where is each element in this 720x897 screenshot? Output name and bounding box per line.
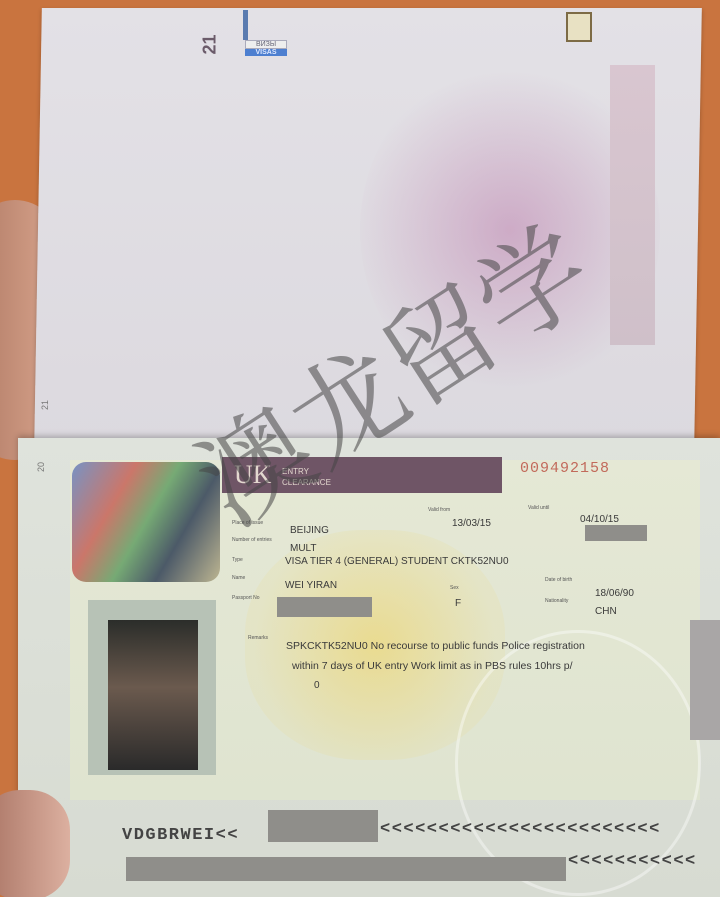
visas-label-box: ВИЗЫ VISAS [245,40,287,56]
valid-until: 04/10/15 [580,514,619,525]
margin-number-top: 21 [40,400,50,410]
label-passport: Passport No [232,595,260,601]
mrz-line1-prefix: VDGBRWEI<< [122,826,239,845]
redacted-face [108,620,198,770]
label-nationality: Nationality [545,598,568,604]
sex: F [455,598,461,609]
visas-label-cyrillic: ВИЗЫ [245,40,287,49]
label-remarks: Remarks [248,635,268,641]
holder-name: WEI YIRAN [285,580,337,591]
margin-number-bottom: 20 [36,462,46,472]
date-of-birth: 18/06/90 [595,588,634,599]
label-name: Name [232,575,245,581]
mrz-line2-suffix: <<<<<<<<<<< [568,852,697,871]
binding-mark [243,10,248,40]
visas-label: VISAS [245,49,287,56]
redacted-passport-number [277,597,372,617]
serial-number: 009492158 [520,460,610,477]
mrz-line1-suffix: <<<<<<<<<<<<<<<<<<<<<<<< [380,820,661,839]
redacted-region [610,65,655,345]
redacted-mrz-line2 [126,857,566,881]
hologram-icon [72,462,220,582]
label-valid-from: Valid from [428,507,450,513]
nationality: CHN [595,606,617,617]
number-of-entries: MULT [290,543,316,554]
label-dob: Date of birth [545,577,572,583]
redacted-field [585,525,647,541]
remarks-line3: 0 [314,680,320,691]
visa-type: VISA TIER 4 (GENERAL) STUDENT CKTK52NU0 [285,556,509,567]
redacted-edge [690,620,720,740]
remarks-line2: within 7 days of UK entry Work limit as … [292,660,573,672]
security-emblem-icon [566,12,592,42]
finger-bottom [0,790,70,897]
holder-photo [88,600,216,775]
label-sex: Sex [450,585,459,591]
page-number-top: 21 [200,34,221,54]
label-valid-until: Valid until [528,505,549,511]
label-type: Type [232,557,243,563]
remarks-line1: SPKCKTK52NU0 No recourse to public funds… [286,640,585,652]
place-of-issue: BEIJING [290,525,329,536]
valid-from: 13/03/15 [452,518,491,529]
redacted-mrz [268,810,378,842]
